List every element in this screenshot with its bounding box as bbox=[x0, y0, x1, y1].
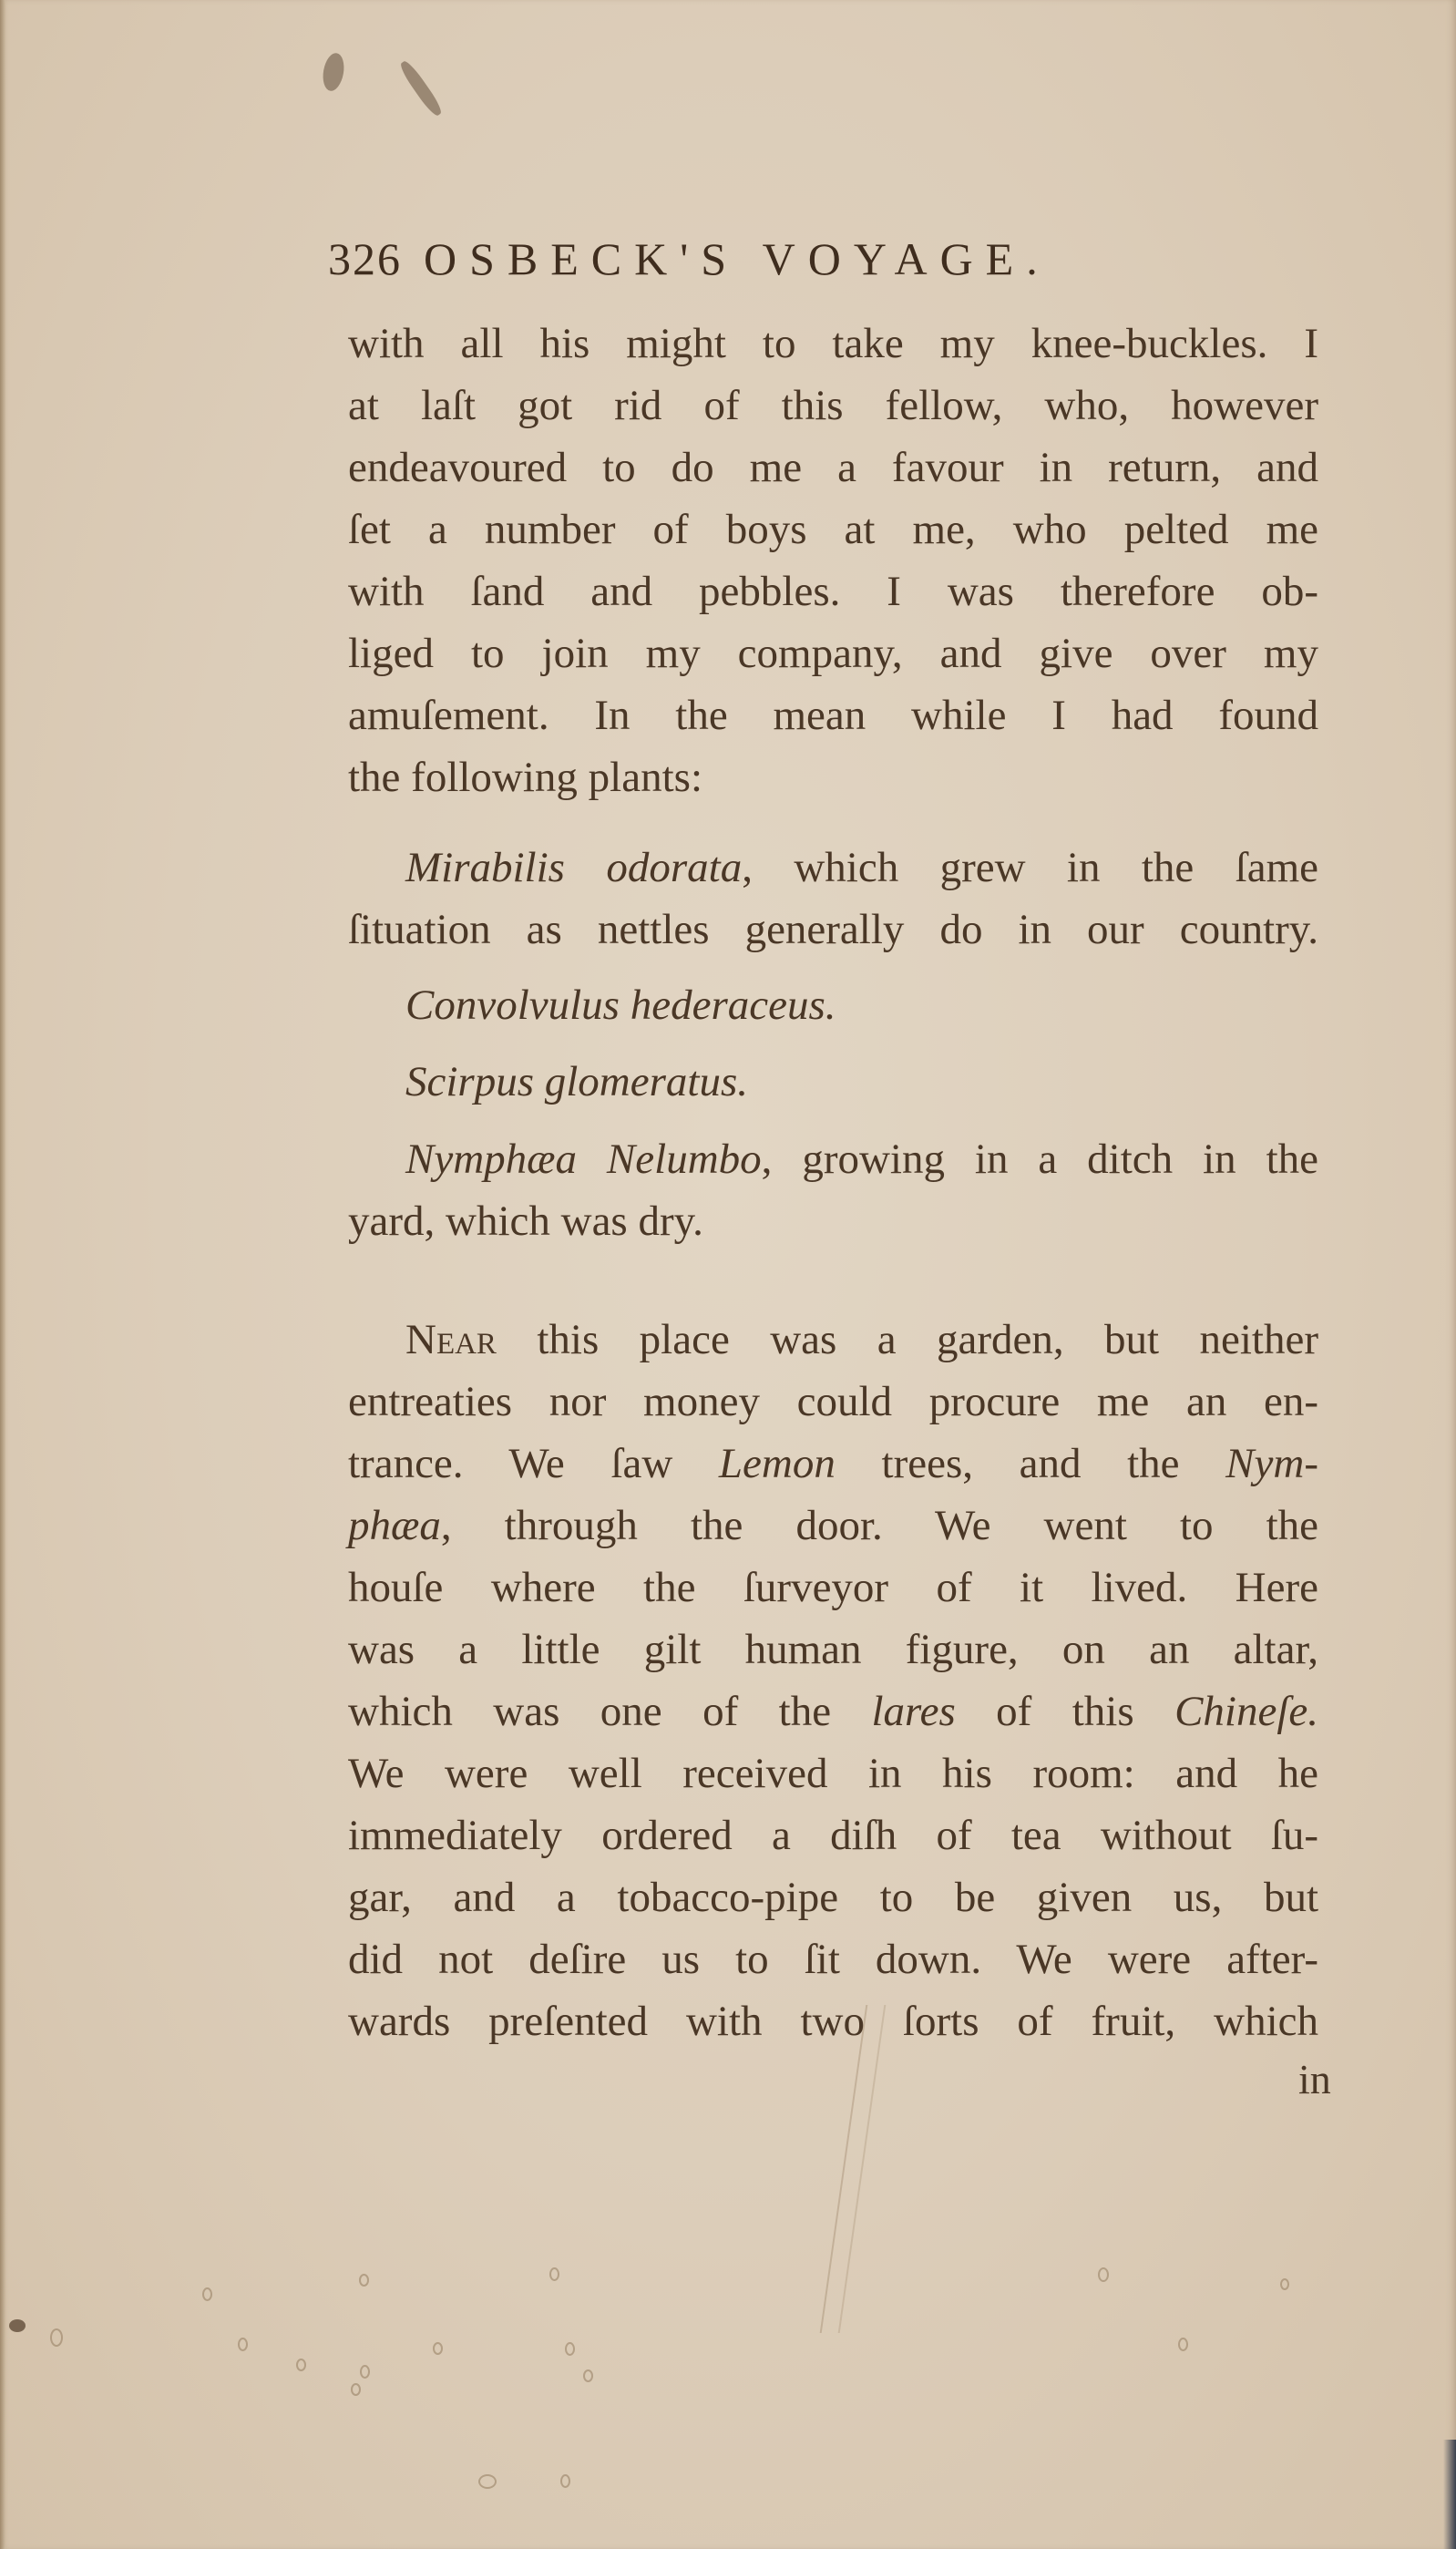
paper-crease bbox=[820, 2005, 887, 2333]
text-line: Near this place was a garden, but neithe… bbox=[405, 1315, 1318, 1364]
plant-description: , which grew in the ſame bbox=[742, 844, 1318, 891]
text-line: phæa, through the door. We went to the bbox=[348, 1501, 1318, 1550]
text-line: gar, and a tobacco-pipe to be given us, … bbox=[348, 1873, 1318, 1922]
text-line: was a little gilt human figure, on an al… bbox=[348, 1625, 1318, 1674]
italic-term: Chineſe. bbox=[1174, 1688, 1318, 1735]
text-line: immediately ordered a diſh of tea withou… bbox=[348, 1811, 1318, 1860]
text-segment: of this bbox=[956, 1688, 1174, 1735]
foxing-spot bbox=[351, 2383, 361, 2396]
wormhole bbox=[9, 2319, 26, 2332]
catchword: in bbox=[1298, 2055, 1331, 2103]
plant-entry: Convolvulus hederaceus. bbox=[405, 981, 836, 1030]
plant-entry: Scirpus glomeratus. bbox=[405, 1057, 748, 1106]
text-line: wards preſented with two ſorts of fruit,… bbox=[348, 1997, 1318, 2046]
text-segment: trees, and the bbox=[836, 1440, 1225, 1487]
text-segment: this place was a garden, but neither bbox=[497, 1316, 1318, 1363]
plant-name: Scirpus glomeratus. bbox=[405, 1058, 748, 1105]
italic-term: Lemon bbox=[719, 1440, 836, 1487]
plant-entry: Nymphæa Nelumbo, growing in a ditch in t… bbox=[405, 1135, 1318, 1184]
foxing-spot bbox=[478, 2474, 497, 2489]
plant-entry-continuation: yard, which was dry. bbox=[348, 1197, 703, 1246]
running-head-title: OSBECK'S VOYAGE. bbox=[424, 233, 1051, 284]
plant-name: Convolvulus hederaceus. bbox=[405, 982, 836, 1029]
foxing-spot bbox=[238, 2338, 248, 2351]
foxing-spot bbox=[1280, 2278, 1289, 2290]
plant-entry: Mirabilis odorata, which grew in the ſam… bbox=[405, 843, 1318, 892]
italic-term: Nym- bbox=[1225, 1440, 1318, 1487]
plant-description: , growing in a ditch in the bbox=[762, 1136, 1318, 1183]
text-line: with all his might to take my knee-buckl… bbox=[348, 319, 1318, 368]
text-line: at laſt got rid of this fellow, who, how… bbox=[348, 381, 1318, 430]
foxing-spot bbox=[360, 2365, 370, 2379]
text-segment: trance. We ſaw bbox=[348, 1440, 719, 1487]
text-line: entreaties nor money could procure me an… bbox=[348, 1377, 1318, 1426]
text-line: amuſement. In the mean while I had found bbox=[348, 691, 1318, 740]
foxing-spot bbox=[50, 2328, 63, 2347]
text-line: houſe where the ſurveyor of it lived. He… bbox=[348, 1563, 1318, 1612]
text-line: did not deſire us to ſit down. We were a… bbox=[348, 1935, 1318, 1984]
book-page: 326OSBECK'S VOYAGE. with all his might t… bbox=[0, 0, 1456, 2549]
text-line: with ſand and pebbles. I was therefore o… bbox=[348, 567, 1318, 616]
foxing-spot bbox=[565, 2342, 575, 2356]
foxing-spot bbox=[560, 2474, 570, 2488]
foxing-spot bbox=[296, 2359, 306, 2371]
italic-term: lares bbox=[871, 1688, 955, 1735]
foxing-spot bbox=[583, 2369, 593, 2382]
plant-entry-continuation: ſituation as nettles generally do in our… bbox=[348, 905, 1318, 954]
foxing-spot bbox=[433, 2342, 443, 2355]
page-number: 326 bbox=[328, 233, 402, 284]
page-binding-edge bbox=[0, 0, 5, 2549]
text-line: the following plants: bbox=[348, 753, 702, 802]
text-segment: , through the door. We went to the bbox=[441, 1502, 1318, 1549]
text-line: We were well received in his room: and h… bbox=[348, 1749, 1318, 1798]
foxing-spot bbox=[549, 2267, 559, 2281]
text-line: trance. We ſaw Lemon trees, and the Nym- bbox=[348, 1439, 1318, 1488]
text-line: liged to join my company, and give over … bbox=[348, 629, 1318, 678]
small-caps-lead: Near bbox=[405, 1316, 497, 1363]
plant-name: Nymphæa Nelumbo bbox=[405, 1136, 762, 1183]
foxing-spot bbox=[202, 2287, 212, 2301]
ink-blot bbox=[397, 58, 445, 118]
foxing-spot bbox=[1178, 2338, 1188, 2351]
italic-term: phæa bbox=[348, 1502, 441, 1549]
running-head: 326OSBECK'S VOYAGE. bbox=[328, 232, 1330, 285]
plant-name: Mirabilis odorata bbox=[405, 844, 742, 891]
page-corner-shadow bbox=[1443, 2440, 1456, 2549]
foxing-spot bbox=[359, 2274, 369, 2287]
text-segment: which was one of the bbox=[348, 1688, 871, 1735]
foxing-spot bbox=[1098, 2267, 1109, 2282]
text-line: endeavoured to do me a favour in return,… bbox=[348, 443, 1318, 492]
ink-blot bbox=[321, 51, 347, 92]
text-line: which was one of the lares of this Chine… bbox=[348, 1687, 1318, 1736]
text-line: ſet a number of boys at me, who pelted m… bbox=[348, 505, 1318, 554]
